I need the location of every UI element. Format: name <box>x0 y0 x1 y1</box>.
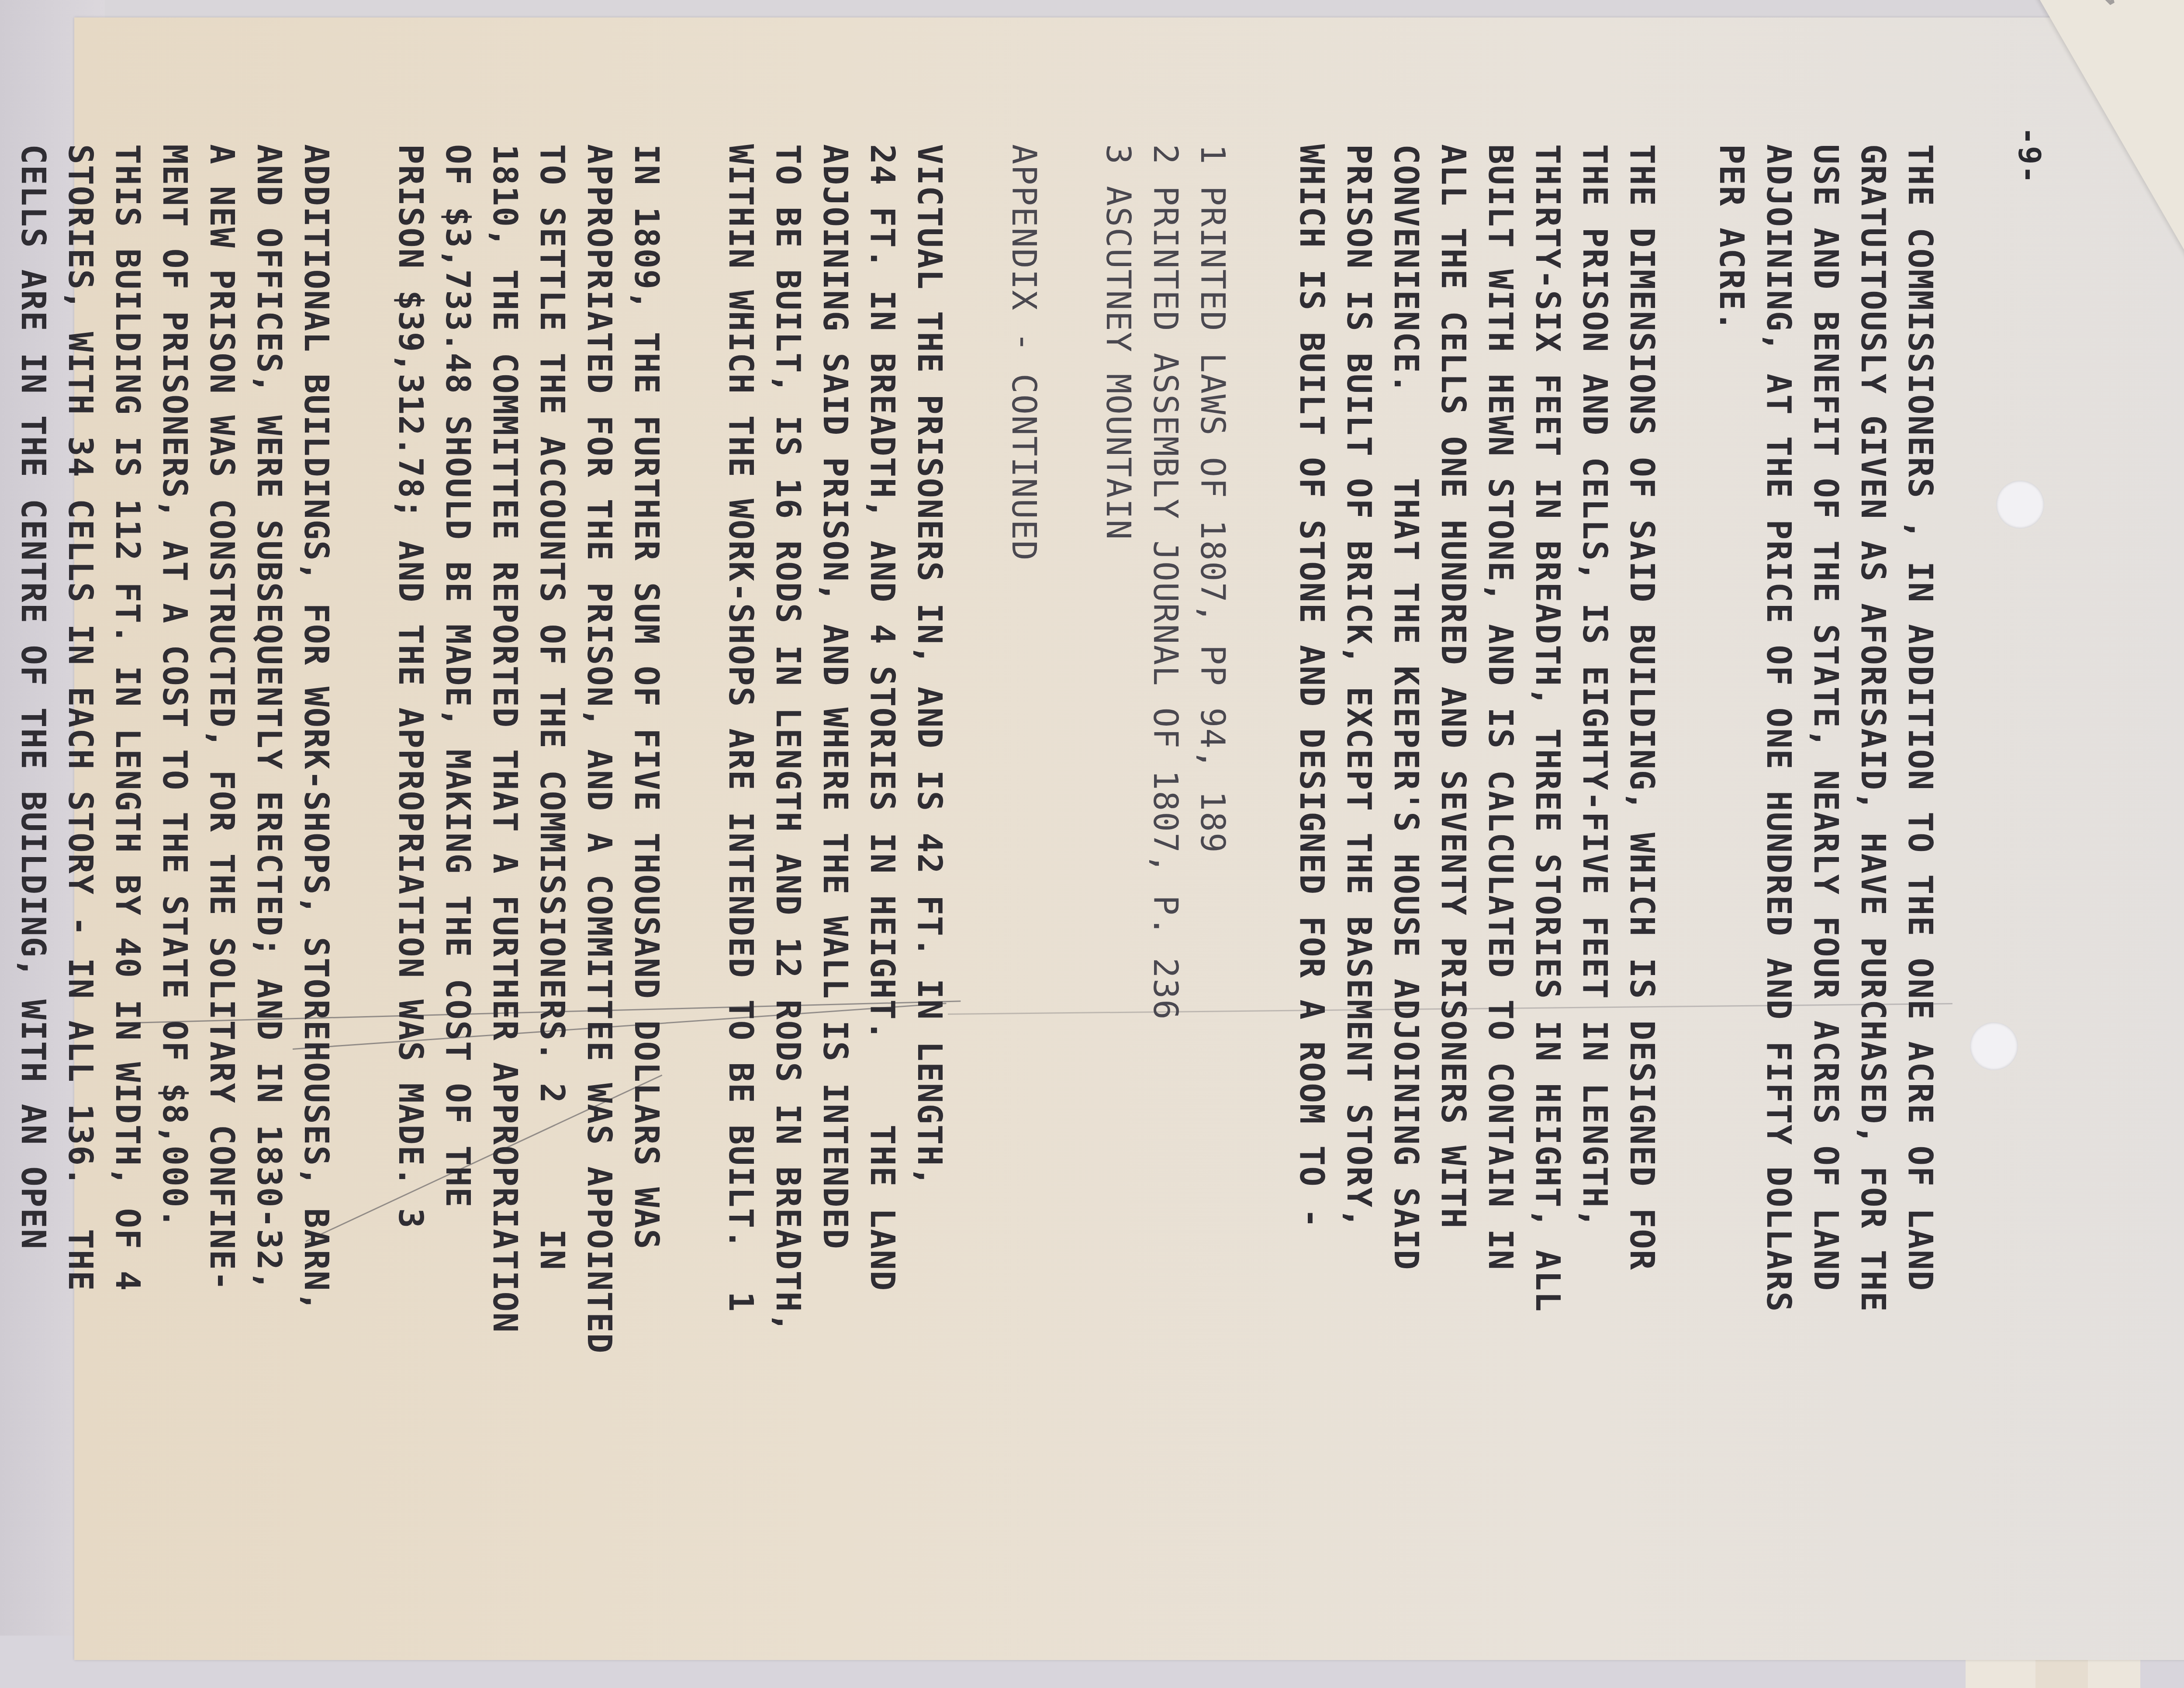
typed-content: -9- THE COMMISSIONERS , IN ADDITION TO T… <box>0 144 1944 1586</box>
punch-hole <box>1996 481 2044 529</box>
footnote-1: 1 PRINTED LAWS OF 1807, PP 94, 189 <box>1189 144 1236 1586</box>
paragraph-dimensions: THE DIMENSIONS OF SAID BUILDING, WHICH I… <box>1288 144 1666 1586</box>
page-number: -9- <box>2006 127 2053 184</box>
section-heading: APPENDIX - CONTINUED <box>1000 144 1047 1586</box>
paragraph-1809: IN 1809, THE FURTHER SUM OF FIVE THOUSAN… <box>387 144 670 1586</box>
paragraph-additional: ADDITIONAL BUILDINGS, FOR WORK-SHOPS, ST… <box>0 144 340 1586</box>
back-page-text: APPENDIX C CON -8- <box>2063 0 2184 19</box>
punch-hole <box>1970 1022 2018 1070</box>
paragraph-commissioners: THE COMMISSIONERS , IN ADDITION TO THE O… <box>1708 144 1944 1586</box>
footnote-3: 3 ASCUTNEY MOUNTAIN <box>1095 144 1142 1586</box>
footnote-2: 2 PRINTED ASSEMBLY JOURNAL OF 1807, P. 2… <box>1142 144 1189 1586</box>
paragraph-victual: VICTUAL THE PRISONERS IN, AND IS 42 FT. … <box>717 144 953 1586</box>
